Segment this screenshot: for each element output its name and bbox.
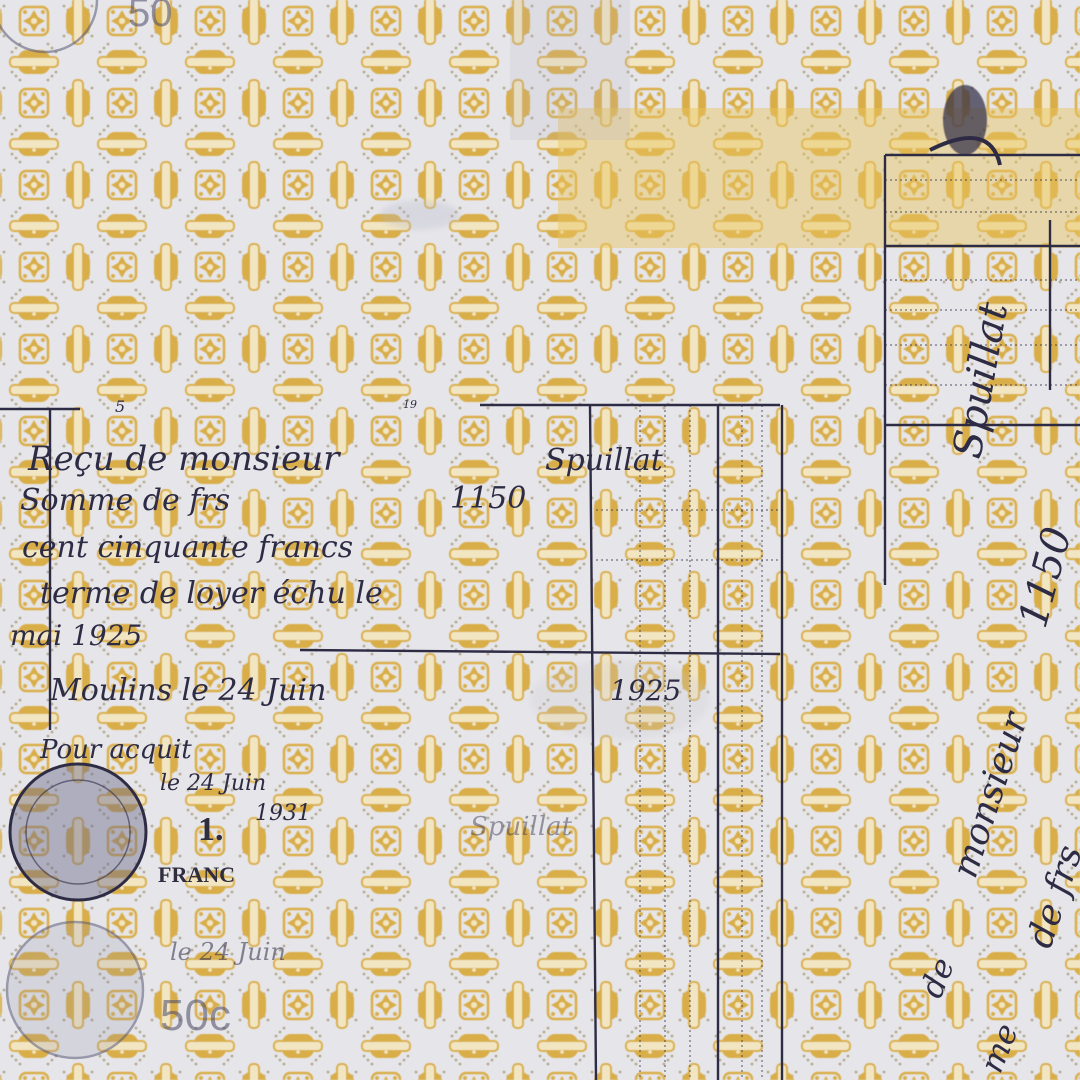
faded-signature: Spuillat <box>470 812 573 842</box>
col-mark: 19 <box>403 398 417 411</box>
fold-mark: 5 <box>115 397 125 416</box>
tape-strip <box>558 108 1080 248</box>
fabric-print-image: 5 19 Reçu de monsieur Somme de frs 1150 … <box>0 0 1080 1080</box>
payee-name: Spuillat <box>545 443 664 478</box>
right-line-2: de frs <box>1020 840 1080 952</box>
top-value: 50 <box>128 0 173 35</box>
faded-writing: le 24 Juin <box>170 938 286 966</box>
right-line-1: monsieur <box>945 706 1037 883</box>
amount: 1150 <box>450 481 526 516</box>
cents-value: 50c <box>160 991 231 1040</box>
line-6: Moulins le 24 Juin <box>49 673 326 708</box>
right-partial-1: de <box>912 952 962 1003</box>
right-name: Spuillat <box>945 298 1018 462</box>
year: 1925 <box>610 674 681 707</box>
ink-overlay: 5 19 Reçu de monsieur Somme de frs 1150 … <box>0 0 1080 1080</box>
franc-value: 1. <box>198 811 224 848</box>
line-5: mai 1925 <box>10 619 142 652</box>
line-8: le 24 Juin <box>160 771 266 796</box>
line-7: Pour acquit <box>39 735 192 765</box>
line-1: Reçu de monsieur <box>27 439 341 479</box>
top-stamp: 50 <box>0 0 173 52</box>
cents-stamp: 50c le 24 Juin <box>7 922 286 1058</box>
right-partial-2: me <box>972 1018 1026 1078</box>
line-4: terme de loyer échu le <box>40 576 383 611</box>
line-9: 1931 <box>255 801 311 826</box>
right-amount: 1150 <box>1010 522 1080 632</box>
ledger-lines <box>0 155 1080 1080</box>
line-3: cent cinquante francs <box>22 530 353 565</box>
line-2: Somme de frs <box>20 483 230 518</box>
franc-label: FRANC <box>158 862 235 887</box>
